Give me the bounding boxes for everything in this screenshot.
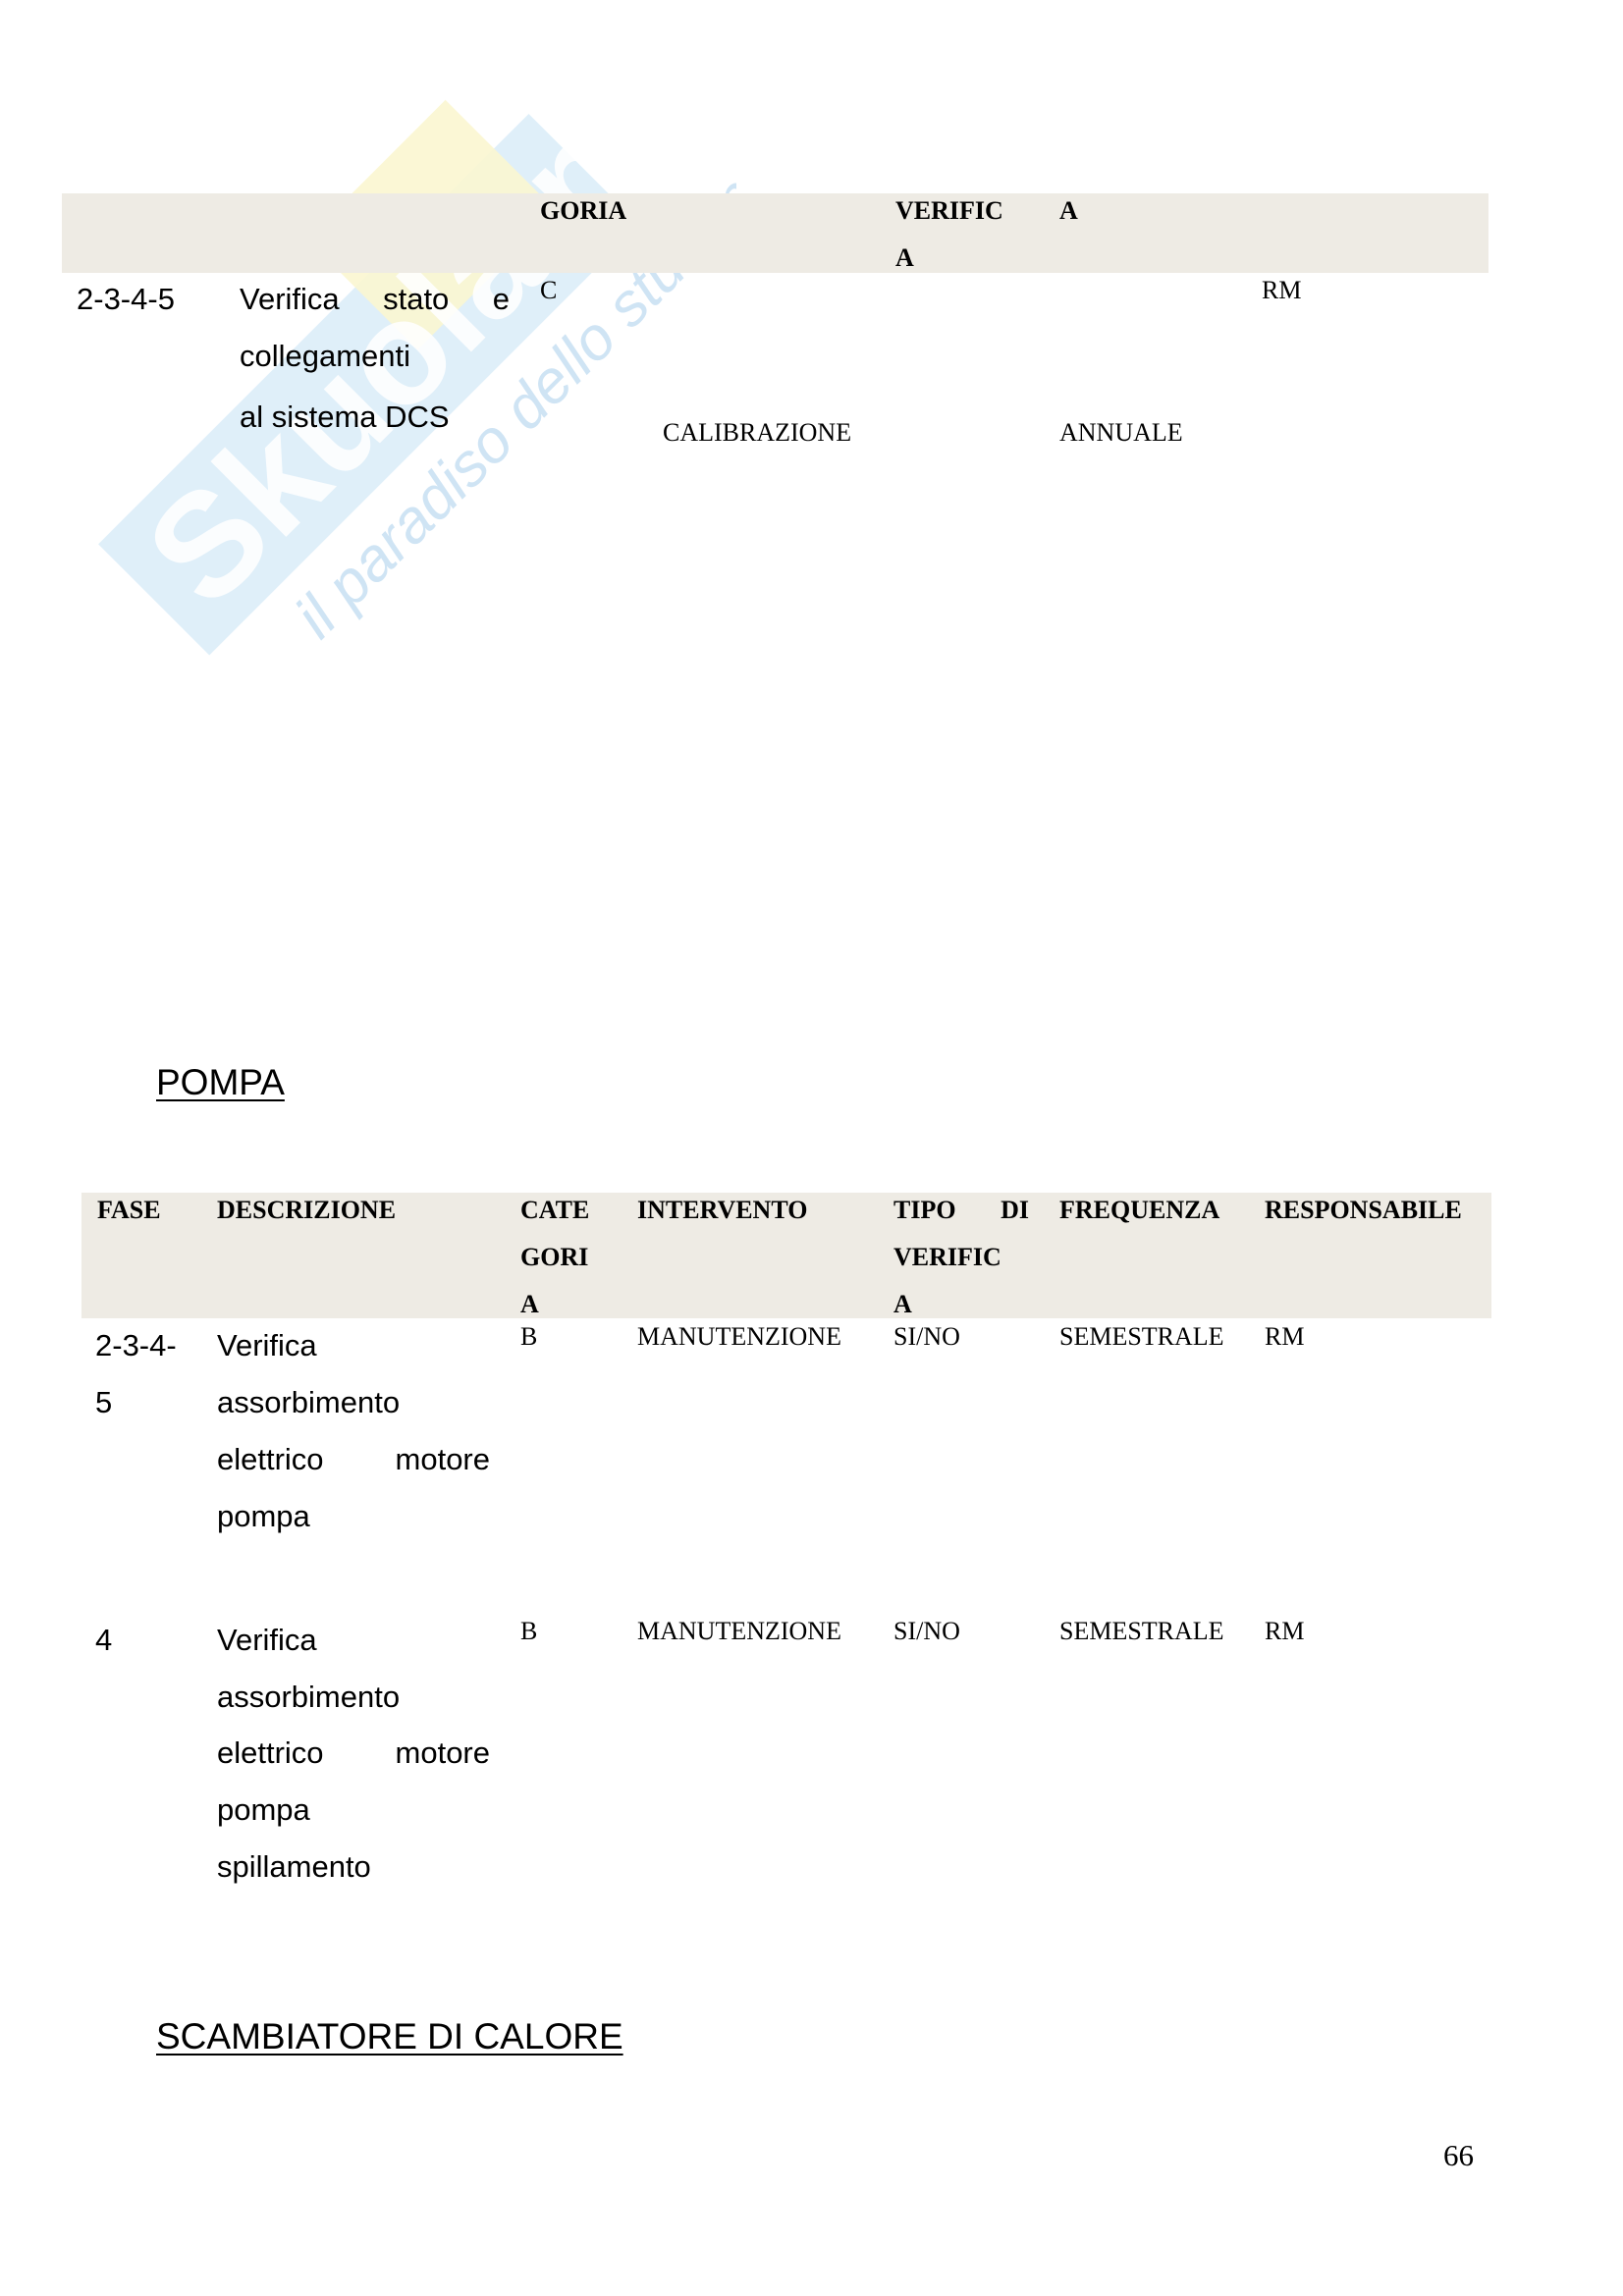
descrizione-line: elettrico motore — [217, 1735, 490, 1771]
categoria-cell: C — [540, 276, 557, 305]
intervento-cell: MANUTENZIONE — [637, 1322, 841, 1352]
intervento-cell: CALIBRAZIONE — [663, 418, 851, 448]
word: e — [493, 282, 510, 317]
header-tipo-verifica: TIPO DI — [893, 1196, 1029, 1225]
header-categoria: A — [520, 1290, 539, 1319]
word: elettrico — [217, 1735, 324, 1771]
word: motore — [396, 1735, 490, 1771]
word: Verifica — [240, 282, 340, 317]
table1-header-categoria: GORIA — [540, 196, 626, 226]
page-number: 66 — [1443, 2138, 1474, 2173]
fase-cell: 5 — [95, 1385, 112, 1420]
intervento-cell: MANUTENZIONE — [637, 1617, 841, 1646]
header-frequenza: FREQUENZA — [1059, 1196, 1219, 1225]
tipo-verifica-cell: SI/NO — [893, 1617, 960, 1646]
descrizione-line: Verifica stato e — [240, 282, 510, 317]
descrizione-line: elettrico motore — [217, 1442, 490, 1477]
section-title-pompa: POMPA — [156, 1062, 285, 1103]
descrizione-line: assorbimento — [217, 1680, 400, 1715]
word: motore — [396, 1442, 490, 1477]
categoria-cell: B — [520, 1617, 537, 1646]
word: TIPO — [893, 1196, 956, 1225]
header-responsabile: RESPONSABILE — [1265, 1196, 1462, 1225]
table1-header-frequenza: A — [1059, 196, 1078, 226]
fase-cell: 2-3-4- — [95, 1328, 177, 1363]
table1-header-tipo-verifica-1: VERIFIC — [895, 196, 1003, 226]
header-tipo-verifica: VERIFIC — [893, 1243, 1001, 1272]
table1-header-tipo-verifica-2: A — [895, 243, 914, 273]
frequenza-cell: SEMESTRALE — [1059, 1617, 1224, 1646]
watermark-brand: Skuola.net — [115, 59, 736, 636]
fase-cell: 2-3-4-5 — [77, 282, 175, 317]
categoria-cell: B — [520, 1322, 537, 1352]
descrizione-line: al sistema DCS — [240, 400, 450, 435]
frequenza-cell: ANNUALE — [1059, 418, 1183, 448]
frequenza-cell: SEMESTRALE — [1059, 1322, 1224, 1352]
header-fase: FASE — [97, 1196, 161, 1225]
descrizione-line: Verifica — [217, 1328, 317, 1363]
fase-cell: 4 — [95, 1623, 112, 1658]
section-title-scambiatore: SCAMBIATORE DI CALORE — [156, 2016, 623, 2057]
descrizione-line: assorbimento — [217, 1385, 400, 1420]
header-tipo-verifica: A — [893, 1290, 912, 1319]
descrizione-line: pompa — [217, 1792, 310, 1828]
descrizione-line: spillamento — [217, 1849, 371, 1885]
responsabile-cell: RM — [1265, 1617, 1304, 1646]
header-descrizione: DESCRIZIONE — [217, 1196, 396, 1225]
responsabile-cell: RM — [1265, 1322, 1304, 1352]
descrizione-line: Verifica — [217, 1623, 317, 1658]
tipo-verifica-cell: SI/NO — [893, 1322, 960, 1352]
header-intervento: INTERVENTO — [637, 1196, 807, 1225]
responsabile-cell: RM — [1262, 276, 1301, 305]
word: DI — [1001, 1196, 1029, 1225]
descrizione-line: pompa — [217, 1499, 310, 1534]
word: elettrico — [217, 1442, 324, 1477]
table1-header-band — [62, 193, 1488, 273]
word: stato — [383, 282, 449, 317]
descrizione-line: collegamenti — [240, 339, 410, 374]
header-categoria: GORI — [520, 1243, 588, 1272]
header-categoria: CATE — [520, 1196, 589, 1225]
